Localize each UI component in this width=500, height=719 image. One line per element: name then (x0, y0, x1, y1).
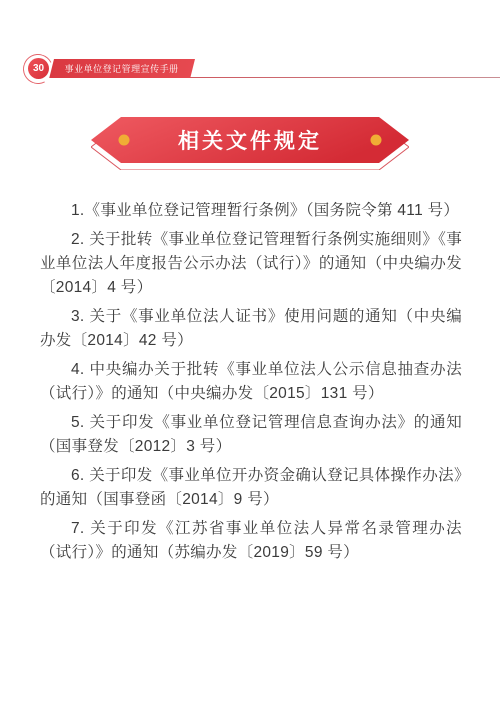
page-number-badge: 30 (28, 58, 49, 79)
list-item: 6. 关于印发《事业单位开办资金确认登记具体操作办法》的通知（国事登函〔2014… (40, 464, 462, 512)
list-item: 3. 关于《事业单位法人证书》使用问题的通知（中央编办发〔2014〕42 号） (40, 305, 462, 353)
page-number-text: 30 (33, 63, 44, 74)
header-title-text: 事业单位登记管理宣传手册 (65, 62, 179, 75)
list-item: 2. 关于批转《事业单位登记管理暂行条例实施细则》《事业单位法人年度报告公示办法… (40, 228, 462, 300)
document-list: 1.《事业单位登记管理暂行条例》（国务院令第 411 号） 2. 关于批转《事业… (40, 199, 462, 570)
list-item: 1.《事业单位登记管理暂行条例》（国务院令第 411 号） (40, 199, 462, 223)
section-title: 相关文件规定 (91, 117, 409, 163)
section-ribbon: 相关文件规定 (91, 117, 409, 170)
page-header: 30 事业单位登记管理宣传手册 (0, 0, 500, 90)
list-item: 5. 关于印发《事业单位登记管理信息查询办法》的通知（国事登发〔2012〕3 号… (40, 411, 462, 459)
header-title-bar: 事业单位登记管理宣传手册 (49, 59, 195, 78)
list-item: 7. 关于印发《江苏省事业单位法人异常名录管理办法（试行）》的通知（苏编办发〔2… (40, 517, 462, 565)
list-item: 4. 中央编办关于批转《事业单位法人公示信息抽查办法（试行）》的通知（中央编办发… (40, 358, 462, 406)
